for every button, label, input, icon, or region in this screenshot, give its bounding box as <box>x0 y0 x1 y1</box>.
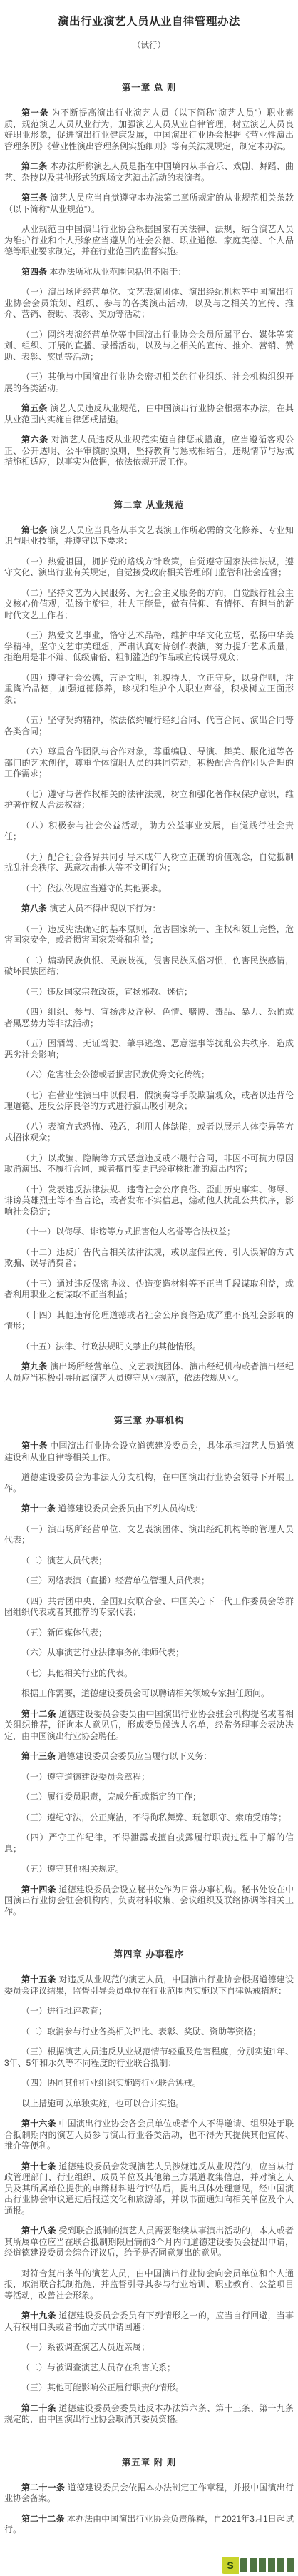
list-item-paragraph: （三）其他可能影响公正履行职责的情形。 <box>4 2383 294 2394</box>
list-item-paragraph: （二）煽动民族仇恨、民族歧视，侵害民族风俗习惯，伤害民族感情，破坏民族团结； <box>4 955 294 978</box>
article-paragraph: 第二十条 道德建设委员会委员违反本办法第六条、第十三条、第十九条规定的，由中国演… <box>4 2403 294 2425</box>
article-number: 第十三条 <box>21 1751 56 1761</box>
list-item-paragraph: （一）热爱祖国，拥护党的路线方针政策，自觉遵守国家法律法规，遵守文化、演出行业有… <box>4 557 294 579</box>
list-item-paragraph: （七）遵守与著作权相关的法律法规，树立和强化著作权保护意识，维护著作权人合法权益… <box>4 789 294 811</box>
article-number: 第二十一条 <box>21 2483 65 2493</box>
list-item-paragraph: （五）坚守契约精神，依法依约履行经纪合同、代言合同、演出合同等各类合同； <box>4 715 294 737</box>
list-item-paragraph: （五）遵守其他相关规定。 <box>4 1864 294 1875</box>
list-item-paragraph: （四）共青团中央、全国妇女联合会、中国关心下一代工作委员会等群团组织代表或者其推… <box>4 1596 294 1618</box>
list-item-paragraph: （九）以欺骗、隐瞒等方式恶意违反或不履行合同，非因不可抗力原因取消演出、不履行合… <box>4 1153 294 1175</box>
article-number: 第四条 <box>21 267 47 277</box>
article-number: 第一条 <box>21 108 48 118</box>
article-paragraph: 第四条 本办法所称从业范围包括但不限于： <box>4 267 294 278</box>
document-subtitle: （试行） <box>4 39 294 51</box>
article-paragraph: 第二十一条 道德建设委员会依据本办法制定工作章程，并报中国演出行业协会备案。 <box>4 2483 294 2505</box>
article-paragraph: 第十二条 道德建设委员会委员由中国演出行业协会驻会机构提名或者相关组织推荐，征询… <box>4 1709 294 1743</box>
article-number: 第十七条 <box>21 2161 56 2171</box>
article-number: 第二十二条 <box>21 2514 64 2524</box>
body-paragraph: 从业规范由中国演出行业协会根据国家有关法律、法规，结合演艺人员为维护行业和个人形… <box>4 224 294 258</box>
article-number: 第十四条 <box>21 1885 56 1895</box>
article-paragraph: 第八条 演艺人员不得出现以下行为： <box>4 903 294 915</box>
article-paragraph: 第十一条 道德建设委员会委员由下列人员构成： <box>4 1503 294 1515</box>
article-number: 第七条 <box>21 525 48 535</box>
list-item-paragraph: （三）其他与中国演出行业协会密切相关的行业组织、社会机构组织开展的各类活动。 <box>4 372 294 394</box>
article-paragraph: 第三条 演艺人员应当自觉遵守本办法第二章所规定的从业规范相关条款（以下简称“从业… <box>4 193 294 215</box>
article-paragraph: 第十六条 中国演出行业协会各会员单位或者个人不得邀请、组织处于联合抵制期内的演艺… <box>4 2119 294 2152</box>
list-item-paragraph: （二）取消参与行业各类相关评比、表彰、奖励、资助等资格； <box>4 2027 294 2038</box>
article-number: 第十条 <box>21 1441 48 1451</box>
article-number: 第十一条 <box>21 1503 56 1513</box>
list-item-paragraph: （六）从事演艺行业法律事务的律师代表； <box>4 1648 294 1659</box>
chapter-heading: 第一章 总 则 <box>4 81 294 93</box>
body-paragraph: 道德建设委员会为非法人分支机构，在中国演出行业协会领导下开展工作。 <box>4 1472 294 1494</box>
article-number: 第九条 <box>21 1361 48 1371</box>
list-item-paragraph: （十）发表违反法律法规、违背社会公序良俗、歪曲历史事实、侮辱、诽谤英雄烈士等不当… <box>4 1185 294 1218</box>
list-item-paragraph: （一）演出场所经营单位、文艺表演团体、演出经纪机构等中国演出行业协会会员策划、组… <box>4 287 294 320</box>
list-item-paragraph: （十二）违反广告代言相关法律法规，或以虚假宣传、引人误解的方式欺骗、误导消费者； <box>4 1247 294 1269</box>
list-item-paragraph: （二）演艺人员代表； <box>4 1556 294 1567</box>
article-number: 第二十条 <box>21 2403 56 2413</box>
article-paragraph: 第十三条 道德建设委员会委员应当履行以下义务： <box>4 1751 294 1763</box>
list-item-paragraph: （八）表演方式恐怖、残忍，利用人体缺陷，或者以展示人体变异等方式招徕观众； <box>4 1122 294 1144</box>
list-item-paragraph: （七）其他相关行业的代表。 <box>4 1668 294 1680</box>
article-paragraph: 第十八条 受到联合抵制的演艺人员需要继续从事演出活动的，本人或者其所属单位应当在… <box>4 2226 294 2259</box>
list-item-paragraph: （十）依法依规应当遵守的其他要求。 <box>4 883 294 895</box>
article-number: 第十八条 <box>21 2226 56 2236</box>
list-item-paragraph: （十五）法律、行政法规明文禁止的其他情形。 <box>4 1342 294 1353</box>
article-paragraph: 第二十二条 本办法由中国演出行业协会负责解释，自2021年3月1日起试行。 <box>4 2514 294 2536</box>
list-item-paragraph: （四）遵守社会公德，言语文明，礼貌待人，立正守身，以身作则，注重陶冶品德，加强道… <box>4 673 294 706</box>
list-item-paragraph: （三）根据演艺人员违反从业规范情节轻重及危害程度，分别实施1年、3年、5年和永久… <box>4 2047 294 2069</box>
list-item-paragraph: （一）违反宪法确定的基本原则，危害国家统一、主权和领土完整，危害国家安全，或者损… <box>4 924 294 946</box>
document-page: 演出行业演艺人员从业自律管理办法 （试行） 第一章 总 则第一条 为不断提高演出… <box>0 0 298 2576</box>
list-item-paragraph: （三）热爱文艺事业，恪守艺术品格，维护中华文化立场，弘扬中华美学精神，坚守文艺审… <box>4 630 294 664</box>
body-paragraph: 对符合复出条件的演艺人员，由中国演出行业协会向会员单位和个人通报，取消联合抵制措… <box>4 2268 294 2302</box>
article-paragraph: 第二条 本办法所称演艺人员是指在中国境内从事音乐、戏剧、舞蹈、曲艺、杂技以及其他… <box>4 161 294 183</box>
article-number: 第八条 <box>21 903 47 913</box>
list-item-paragraph: （九）配合社会各界共同引导未成年人树立正确的价值观念，自觉抵制扰乱社会秩序、恶意… <box>4 852 294 874</box>
watermark-logo: S <box>222 2557 296 2574</box>
list-item-paragraph: （四）严守工作纪律，不得泄露或擅自披露履行职责过程中了解的信息； <box>4 1832 294 1855</box>
list-item-paragraph: （二）履行委员职责，完成分配或指定的工作； <box>4 1792 294 1803</box>
body-paragraph: 以上措施可以单独实施，也可以合并实施。 <box>4 2099 294 2110</box>
list-item-paragraph: （十三）通过违反保密协议、伪造变造材料等不正当手段谋取利益，或者利用职业之便谋取… <box>4 1279 294 1301</box>
article-paragraph: 第一条 为不断提高演出行业演艺人员（以下简称“演艺人员”）职业素质，规范演艺人员… <box>4 108 294 152</box>
article-number: 第三条 <box>21 193 48 203</box>
document-title: 演出行业演艺人员从业自律管理办法 <box>4 13 294 29</box>
article-paragraph: 第十条 中国演出行业协会设立道德建设委员会，具体承担演艺人员道德建设和从业自律等… <box>4 1441 294 1463</box>
watermark-logo-text <box>240 2558 296 2572</box>
list-item-paragraph: （六）危害社会公德或者损害民族优秀文化传统； <box>4 1070 294 1081</box>
article-paragraph: 第七条 演艺人员应当具备从事文艺表演工作所必需的文化修养、专业知识与职业技能，并… <box>4 525 294 547</box>
chapter-heading: 第二章 从业规范 <box>4 498 294 511</box>
list-item-paragraph: （五）新闻媒体代表； <box>4 1628 294 1639</box>
article-paragraph: 第五条 演艺人员违反从业规范，由中国演出行业协会根据本办法，在其从业范围内实施自… <box>4 403 294 425</box>
list-item-paragraph: （三）违反国家宗教政策，宣扬邪教、迷信； <box>4 987 294 998</box>
list-item-paragraph: （二）网络表演经营单位等中国演出行业协会会员所属平台、媒体等策划、组织、开展的直… <box>4 330 294 363</box>
article-number: 第五条 <box>21 403 48 413</box>
article-paragraph: 第九条 演出场所经营单位、文艺表演团体、演出经纪机构或者演出经纪人员应当积极引导… <box>4 1361 294 1384</box>
body-paragraph: 根据工作需要，道德建设委员会可以聘请相关领域专家担任顾问。 <box>4 1688 294 1700</box>
article-paragraph: 第六条 对演艺人员违反从业规范实施自律惩戒措施，应当遵循客观公正、公开透明、公平… <box>4 435 294 468</box>
list-item-paragraph: （七）在营业性演出中以假唱、假演奏等手段欺骗观众，或者以违背伦理道德、违反公序良… <box>4 1090 294 1112</box>
chapter-heading: 第五章 附 则 <box>4 2455 294 2468</box>
document-body: 第一章 总 则第一条 为不断提高演出行业演艺人员（以下简称“演艺人员”）职业素质… <box>4 81 294 2536</box>
list-item-paragraph: （八）积极参与社会公益活动，助力公益事业发展，自觉践行社会责任； <box>4 821 294 843</box>
list-item-paragraph: （三）遵纪守法，公正廉洁，不得徇私舞弊、玩忽职守、索贿受贿等； <box>4 1812 294 1824</box>
list-item-paragraph: （六）尊重合作团队与合作对象，尊重编剧、导演、舞美、服化道等各部门的艺术创作，尊… <box>4 746 294 780</box>
list-item-paragraph: （三）网络表演（直播）经营单位管理人员代表； <box>4 1576 294 1587</box>
list-item-paragraph: （十四）其他违背伦理道德或者社会公序良俗造成严重不良社会影响的情形； <box>4 1310 294 1332</box>
article-number: 第二条 <box>21 161 48 171</box>
chapter-heading: 第四章 办事程序 <box>4 1947 294 1960</box>
list-item-paragraph: （四）组织、参与、宣扬涉及淫秽、色情、赌博、毒品、暴力、恐怖或者黑恶势力等非法活… <box>4 1007 294 1029</box>
list-item-paragraph: （一）演出场所经营单位、文艺表演团体、演出经纪机构等的管理人员代表； <box>4 1524 294 1546</box>
article-number: 第十二条 <box>21 1709 56 1719</box>
article-number: 第六条 <box>21 435 48 445</box>
article-number: 第十九条 <box>21 2311 56 2321</box>
watermark-logo-icon: S <box>222 2557 239 2574</box>
article-paragraph: 第十五条 对违反从业规范的演艺人员，中国演出行业协会根据道德建设委员会评议结果，… <box>4 1974 294 1997</box>
article-number: 第十五条 <box>21 1974 56 1984</box>
list-item-paragraph: （四）协同其他行业组织实施跨行业联合惩戒。 <box>4 2078 294 2089</box>
list-item-paragraph: （二）坚持文艺为人民服务、为社会主义服务的方向，自觉践行社会主义核心价值观，弘扬… <box>4 588 294 622</box>
list-item-paragraph: （一）进行批评教育； <box>4 2006 294 2017</box>
article-paragraph: 第十四条 道德建设委员会设立秘书处作为日常办事机构。秘书处设在中国演出行业协会驻… <box>4 1885 294 1918</box>
list-item-paragraph: （一）遵守道德建设委员会章程； <box>4 1772 294 1783</box>
article-paragraph: 第十七条 道德建设委员会发现演艺人员涉嫌违反从业规范的，应当从行政管理部门、行业… <box>4 2161 294 2217</box>
list-item-paragraph: （五）因酒驾、无证驾驶、肇事逃逸、恶意滋事等扰乱公共秩序，造成恶劣社会影响； <box>4 1038 294 1060</box>
chapter-heading: 第三章 办事机构 <box>4 1414 294 1426</box>
article-paragraph: 第十九条 道德建设委员会委员有下列情形之一的，应当自行回避，当事人有权用口头或者… <box>4 2311 294 2333</box>
article-number: 第十六条 <box>21 2119 56 2129</box>
list-item-paragraph: （一）系被调查演艺人员近亲属； <box>4 2342 294 2353</box>
list-item-paragraph: （十一）以侮辱、诽谤等方式损害他人名誉等合法权益； <box>4 1227 294 1238</box>
list-item-paragraph: （二）与被调查演艺人员存在利害关系； <box>4 2363 294 2374</box>
